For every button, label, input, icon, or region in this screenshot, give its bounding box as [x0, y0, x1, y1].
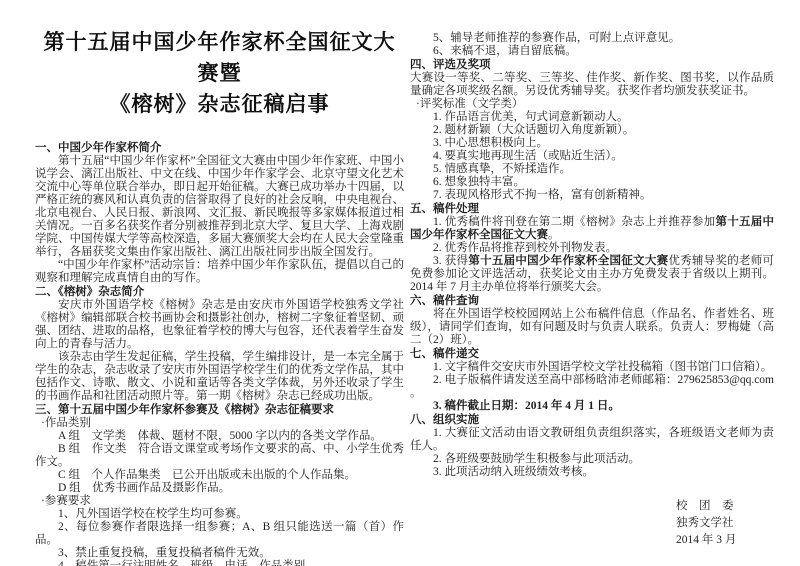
- requirement-item-3: 3、禁止重复投稿，重复投稿者稿件无效。: [35, 547, 404, 560]
- item-text: 3. 获得: [433, 255, 468, 267]
- competition-name-bold: 第十五届中国少年作家杯全国征文大赛: [468, 255, 668, 267]
- section-8-heading: 八、组织实施: [410, 414, 774, 427]
- requirement-item-6: 6、来稿不退，请自留底稿。: [410, 45, 774, 58]
- criteria-item-2: 2. 题材新颖（大众话题切入角度新颖）。: [410, 124, 774, 137]
- criteria-item-6: 6. 想象独特丰富。: [410, 176, 774, 189]
- right-column: 5、辅导老师推荐的参赛作品，可附上点评意见。 6、来稿不退，请自留底稿。 四、评…: [410, 0, 774, 566]
- section-7-item-1: 1. 文字稿件交安庆市外国语学校文学社投稿箱（图书馆门口信箱）。: [410, 361, 774, 374]
- two-column-layout: 第十五届中国少年作家杯全国征文大赛暨 《榕树》杂志征稿启事 一、中国少年作家杯简…: [0, 0, 800, 566]
- category-item-a: A 组 文学类 体裁、题材不限，5000 字以内的各类文学作品。: [35, 430, 404, 443]
- section-5-item-2: 2. 优秀作品将推荐到校外刊物发表。: [410, 242, 774, 255]
- section-8-item-1: 1. 大赛征文活动由语文教研组负责组织落实，各班级语文老师为责任人。: [410, 427, 774, 453]
- requirement-item-2: 2、每位参赛作者限选择一组参赛；A、B 组只能选送一篇（首）作品。: [35, 521, 404, 547]
- criteria-item-5: 5. 情感真挚，不矫揉造作。: [410, 163, 774, 176]
- section-5-heading: 五、稿件处理: [410, 203, 774, 216]
- criteria-item-1: 1. 作品语言优美，句式词意新颖动人。: [410, 111, 774, 124]
- signature-date: 2014 年 3 月: [676, 532, 746, 549]
- requirement-item-4: 4、稿件第一行注明姓名、班级、电话、作品类别。: [35, 560, 404, 566]
- section-1-paragraph-1: 第十五届“中国少年作家杯”全国征文大赛由中国少年作家班、中国小说学会、漓江出版社…: [35, 155, 404, 259]
- criteria-item-7: 7. 表现风格形式不拘一格，富有创新精神。: [410, 189, 774, 202]
- deadline-line: 3. 稿件截止日期：2014 年 4 月 1 日。: [410, 400, 774, 413]
- signature-committee: 校 团 委: [676, 498, 746, 515]
- top-spacer: [410, 0, 774, 32]
- category-item-d: D 组 优秀书画作品及摄影作品。: [35, 482, 404, 495]
- document-title-line2: 《榕树》杂志征稿启事: [35, 89, 404, 120]
- document-title-line1: 第十五届中国少年作家杯全国征文大赛暨: [35, 27, 404, 89]
- criteria-item-4: 4. 要真实地再现生活（或贴近生活）。: [410, 150, 774, 163]
- section-2-heading: 二、《榕树》杂志简介: [35, 286, 404, 299]
- section-1-heading: 一、中国少年作家杯简介: [35, 142, 404, 155]
- section-7-heading: 七、稿件递交: [410, 348, 774, 361]
- section-6-paragraph: 将在外国语学校校园网站上公布稿件信息（作品名、作者姓名、班级），请同学们查询，如…: [410, 308, 774, 347]
- category-label: ·作品类别: [35, 417, 404, 430]
- section-7-item-2: 2. 电子版稿件请发送至高中部杨晗沛老师邮箱：279625853@qq.com …: [410, 374, 774, 400]
- category-item-b: B 组 作文类 符合语文课堂或考场作文要求的高、中、小学生优秀作文。: [35, 443, 404, 469]
- requirement-label: ·参赛要求: [35, 495, 404, 508]
- section-6-heading: 六、稿件查询: [410, 295, 774, 308]
- section-8-item-2: 2. 各班级要鼓励学生积极参与此项活动。: [410, 453, 774, 466]
- section-1-paragraph-2: “中国少年作家杯”活动宗旨：培养中国少年作家队伍，提倡以自己的观察和理解完成真情…: [35, 259, 404, 285]
- section-5-item-1: 1. 优秀稿件将刊登在第二期《榕树》杂志上并推荐参加第十五届中国少年作家杯全国征…: [410, 216, 774, 242]
- section-8-item-3: 3. 此项活动纳入班级绩效考核。: [410, 466, 774, 479]
- section-3-heading: 三、第十五届中国少年作家杯参赛及《榕树》杂志征稿要求: [35, 404, 404, 417]
- item-text: 1. 优秀稿件将刊登在第二期《榕树》杂志上并推荐参加: [433, 216, 715, 228]
- criteria-label: ·评奖标准（文学类）: [410, 98, 774, 111]
- left-column: 第十五届中国少年作家杯全国征文大赛暨 《榕树》杂志征稿启事 一、中国少年作家杯简…: [35, 0, 404, 566]
- requirement-item-5: 5、辅导老师推荐的参赛作品，可附上点评意见。: [410, 32, 774, 45]
- document-page: 第十五届中国少年作家杯全国征文大赛暨 《榕树》杂志征稿启事 一、中国少年作家杯简…: [0, 0, 800, 566]
- criteria-item-3: 3. 中心思想积极向上。: [410, 137, 774, 150]
- section-5-item-3: 3. 获得第十五届中国少年作家杯全国征文大赛优秀辅导奖的老师可免费参加论文评选活…: [410, 255, 774, 294]
- signature-society: 独秀文学社: [676, 515, 746, 532]
- section-4-heading: 四、评选及奖项: [410, 59, 774, 72]
- section-2-paragraph-2: 该杂志由学生发起征稿，学生投稿，学生编排设计，是一本完全属于学生的杂志，杂志收录…: [35, 351, 404, 403]
- section-2-paragraph-1: 安庆市外国语学校《榕树》杂志是由安庆市外国语学校独秀文学社《榕树》编辑部联合校书…: [35, 299, 404, 351]
- category-item-c: C 组 个人作品集类 已公开出版或未出版的个人作品集。: [35, 469, 404, 482]
- section-4-paragraph: 大赛设一等奖、二等奖、三等奖、佳作奖、新作奖、图书奖，以作品质量确定各项奖级名额…: [410, 72, 774, 98]
- item-text: 。: [548, 229, 560, 241]
- signature-block: 校 团 委 独秀文学社 2014 年 3 月: [676, 498, 746, 549]
- document-title: 第十五届中国少年作家杯全国征文大赛暨 《榕树》杂志征稿启事: [35, 27, 404, 120]
- requirement-item-1: 1、凡外国语学校在校学生均可参赛。: [35, 508, 404, 521]
